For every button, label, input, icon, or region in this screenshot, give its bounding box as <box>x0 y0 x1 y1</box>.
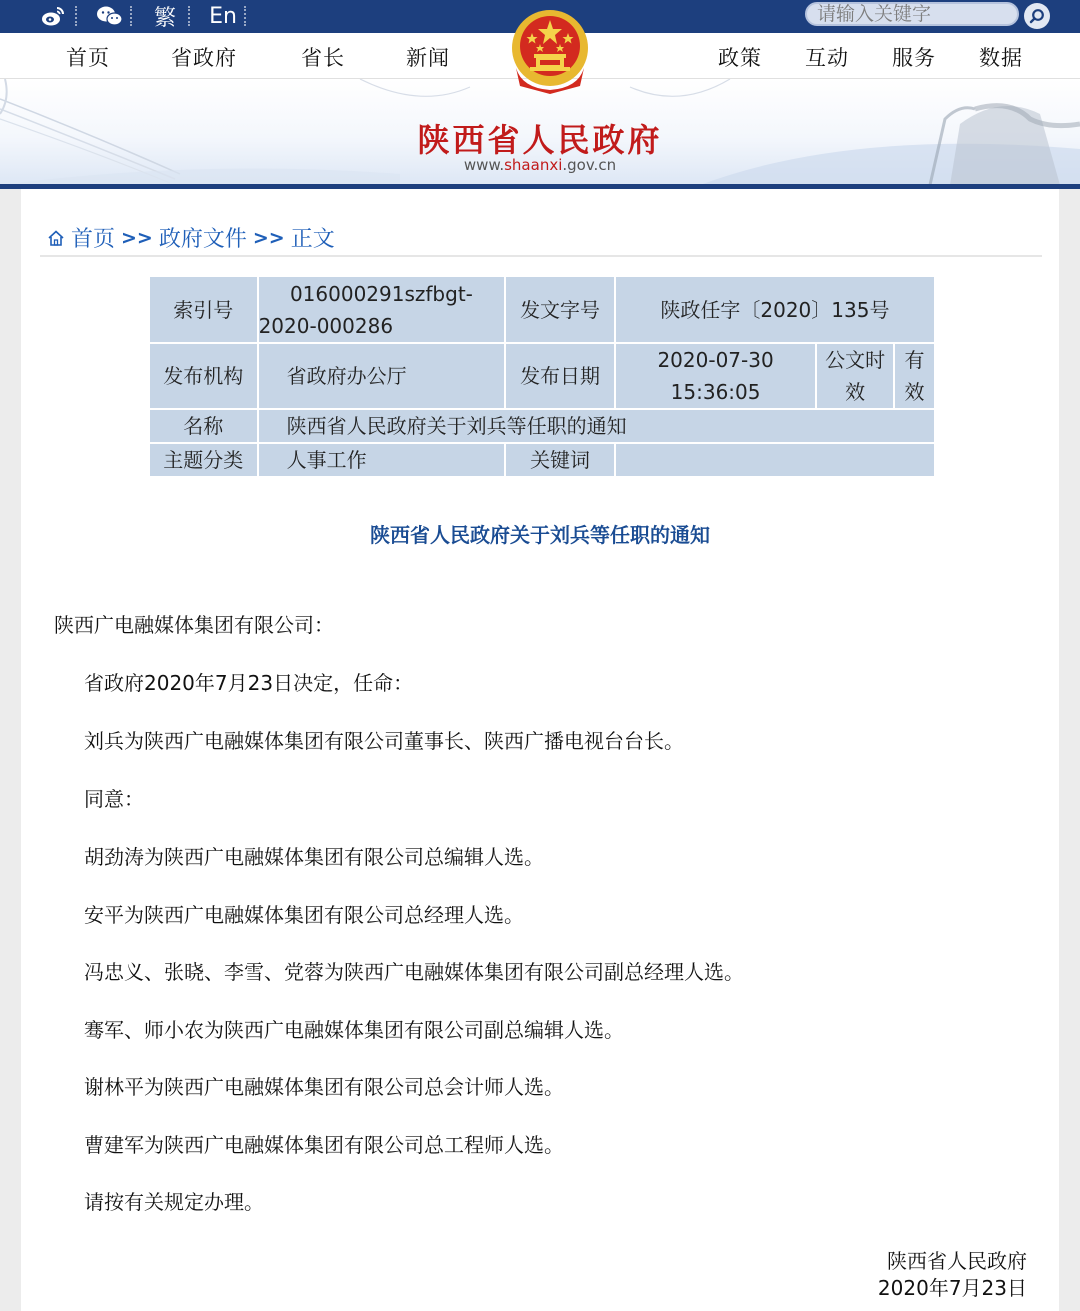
document-title: 陕西省人民政府关于刘兵等任职的通知 <box>21 519 1059 548</box>
keyword-value <box>615 443 935 477</box>
body-paragraph: 刘兵为陕西广电融媒体集团有限公司董事长、陕西广播电视台台长。 <box>84 725 684 754</box>
body-paragraph: 冯忠义、张晓、李雪、党蓉为陕西广电融媒体集团有限公司副总经理人选。 <box>84 956 744 985</box>
breadcrumb-government-documents[interactable]: 政府文件 <box>159 222 247 253</box>
addressee: 陕西广电融媒体集团有限公司： <box>54 609 334 638</box>
publish-time: 15:36:05 <box>620 376 811 408</box>
validity-label: 公文时 效 <box>816 343 894 409</box>
keyword-label: 关键词 <box>505 443 615 477</box>
document-number-label: 发文字号 <box>505 276 615 343</box>
search-button[interactable] <box>1024 3 1050 29</box>
body-paragraph: 安平为陕西广电融媒体集团有限公司总经理人选。 <box>84 899 524 928</box>
traditional-chinese-link[interactable]: 繁 <box>150 3 180 29</box>
document-number-value: 陕政任字〔2020〕135号 <box>615 276 935 343</box>
site-title: 陕西省人民政府 <box>0 115 1080 161</box>
url-suffix: .gov.cn <box>562 156 616 174</box>
divider <box>75 6 77 26</box>
publish-date: 2020-07-30 <box>620 344 811 376</box>
breadcrumb-separator: >> <box>121 227 153 249</box>
site-url: www.shaanxi.gov.cn <box>0 156 1080 174</box>
search-box <box>805 2 1019 26</box>
content-panel: 首页 >> 政府文件 >> 正文 索引号 016000291szfbgt- 20… <box>21 189 1059 1311</box>
body-paragraph: 骞军、师小农为陕西广电融媒体集团有限公司副总编辑人选。 <box>84 1014 624 1043</box>
index-value-line1: 016000291szfbgt- <box>263 278 501 310</box>
validity-value-line1: 有 <box>899 344 930 376</box>
nav-interaction[interactable]: 互动 <box>805 42 849 72</box>
national-emblem-icon <box>510 8 590 94</box>
body-paragraph: 谢林平为陕西广电融媒体集团有限公司总会计师人选。 <box>84 1071 564 1100</box>
divider <box>188 6 190 26</box>
breadcrumb-current[interactable]: 正文 <box>291 222 335 253</box>
index-number-value: 016000291szfbgt- 2020-000286 <box>258 276 506 343</box>
weibo-icon[interactable] <box>38 3 68 29</box>
url-prefix: www. <box>464 156 504 174</box>
publisher-value: 省政府办公厅 <box>258 343 506 409</box>
topic-label: 主题分类 <box>149 443 258 477</box>
nav-home[interactable]: 首页 <box>66 42 110 72</box>
nav-data[interactable]: 数据 <box>979 42 1023 72</box>
signature-date: 2020年7月23日 <box>878 1272 1027 1301</box>
topic-value: 人事工作 <box>258 443 506 477</box>
body-paragraph: 省政府2020年7月23日决定，任命： <box>84 667 413 696</box>
body-paragraph: 胡劲涛为陕西广电融媒体集团有限公司总编辑人选。 <box>84 841 544 870</box>
body-paragraph: 曹建军为陕西广电融媒体集团有限公司总工程师人选。 <box>84 1129 564 1158</box>
validity-value: 有 效 <box>894 343 935 409</box>
breadcrumb-home[interactable]: 首页 <box>71 222 115 253</box>
index-number-label: 索引号 <box>149 276 258 343</box>
nav-provincial-government[interactable]: 省政府 <box>171 42 237 72</box>
body-paragraph: 请按有关规定办理。 <box>84 1186 264 1215</box>
publisher-label: 发布机构 <box>149 343 258 409</box>
validity-label-line1: 公文时 <box>821 344 889 376</box>
publish-date-label: 发布日期 <box>505 343 615 409</box>
validity-value-line2: 效 <box>899 376 930 408</box>
search-icon <box>1029 8 1045 24</box>
divider <box>130 6 132 26</box>
signature-issuer: 陕西省人民政府 <box>887 1245 1027 1274</box>
nav-policy[interactable]: 政策 <box>718 42 762 72</box>
breadcrumb-separator: >> <box>253 227 285 249</box>
url-domain: shaanxi <box>504 156 562 174</box>
home-icon <box>47 229 65 247</box>
name-label: 名称 <box>149 409 258 443</box>
wechat-icon[interactable] <box>95 3 125 29</box>
name-value: 陕西省人民政府关于刘兵等任职的通知 <box>258 409 935 443</box>
nav-governor[interactable]: 省长 <box>301 42 345 72</box>
divider <box>244 6 246 26</box>
nav-services[interactable]: 服务 <box>892 42 936 72</box>
english-link[interactable]: En <box>205 3 241 29</box>
publish-date-value: 2020-07-30 15:36:05 <box>615 343 816 409</box>
index-value-line2: 2020-000286 <box>259 310 501 342</box>
body-paragraph: 同意： <box>84 783 144 812</box>
breadcrumb: 首页 >> 政府文件 >> 正文 <box>47 222 335 253</box>
divider <box>40 255 1042 257</box>
search-input[interactable] <box>817 3 1017 25</box>
document-info-table: 索引号 016000291szfbgt- 2020-000286 发文字号 陕政… <box>148 275 936 478</box>
validity-label-line2: 效 <box>821 376 889 408</box>
nav-news[interactable]: 新闻 <box>406 42 450 72</box>
